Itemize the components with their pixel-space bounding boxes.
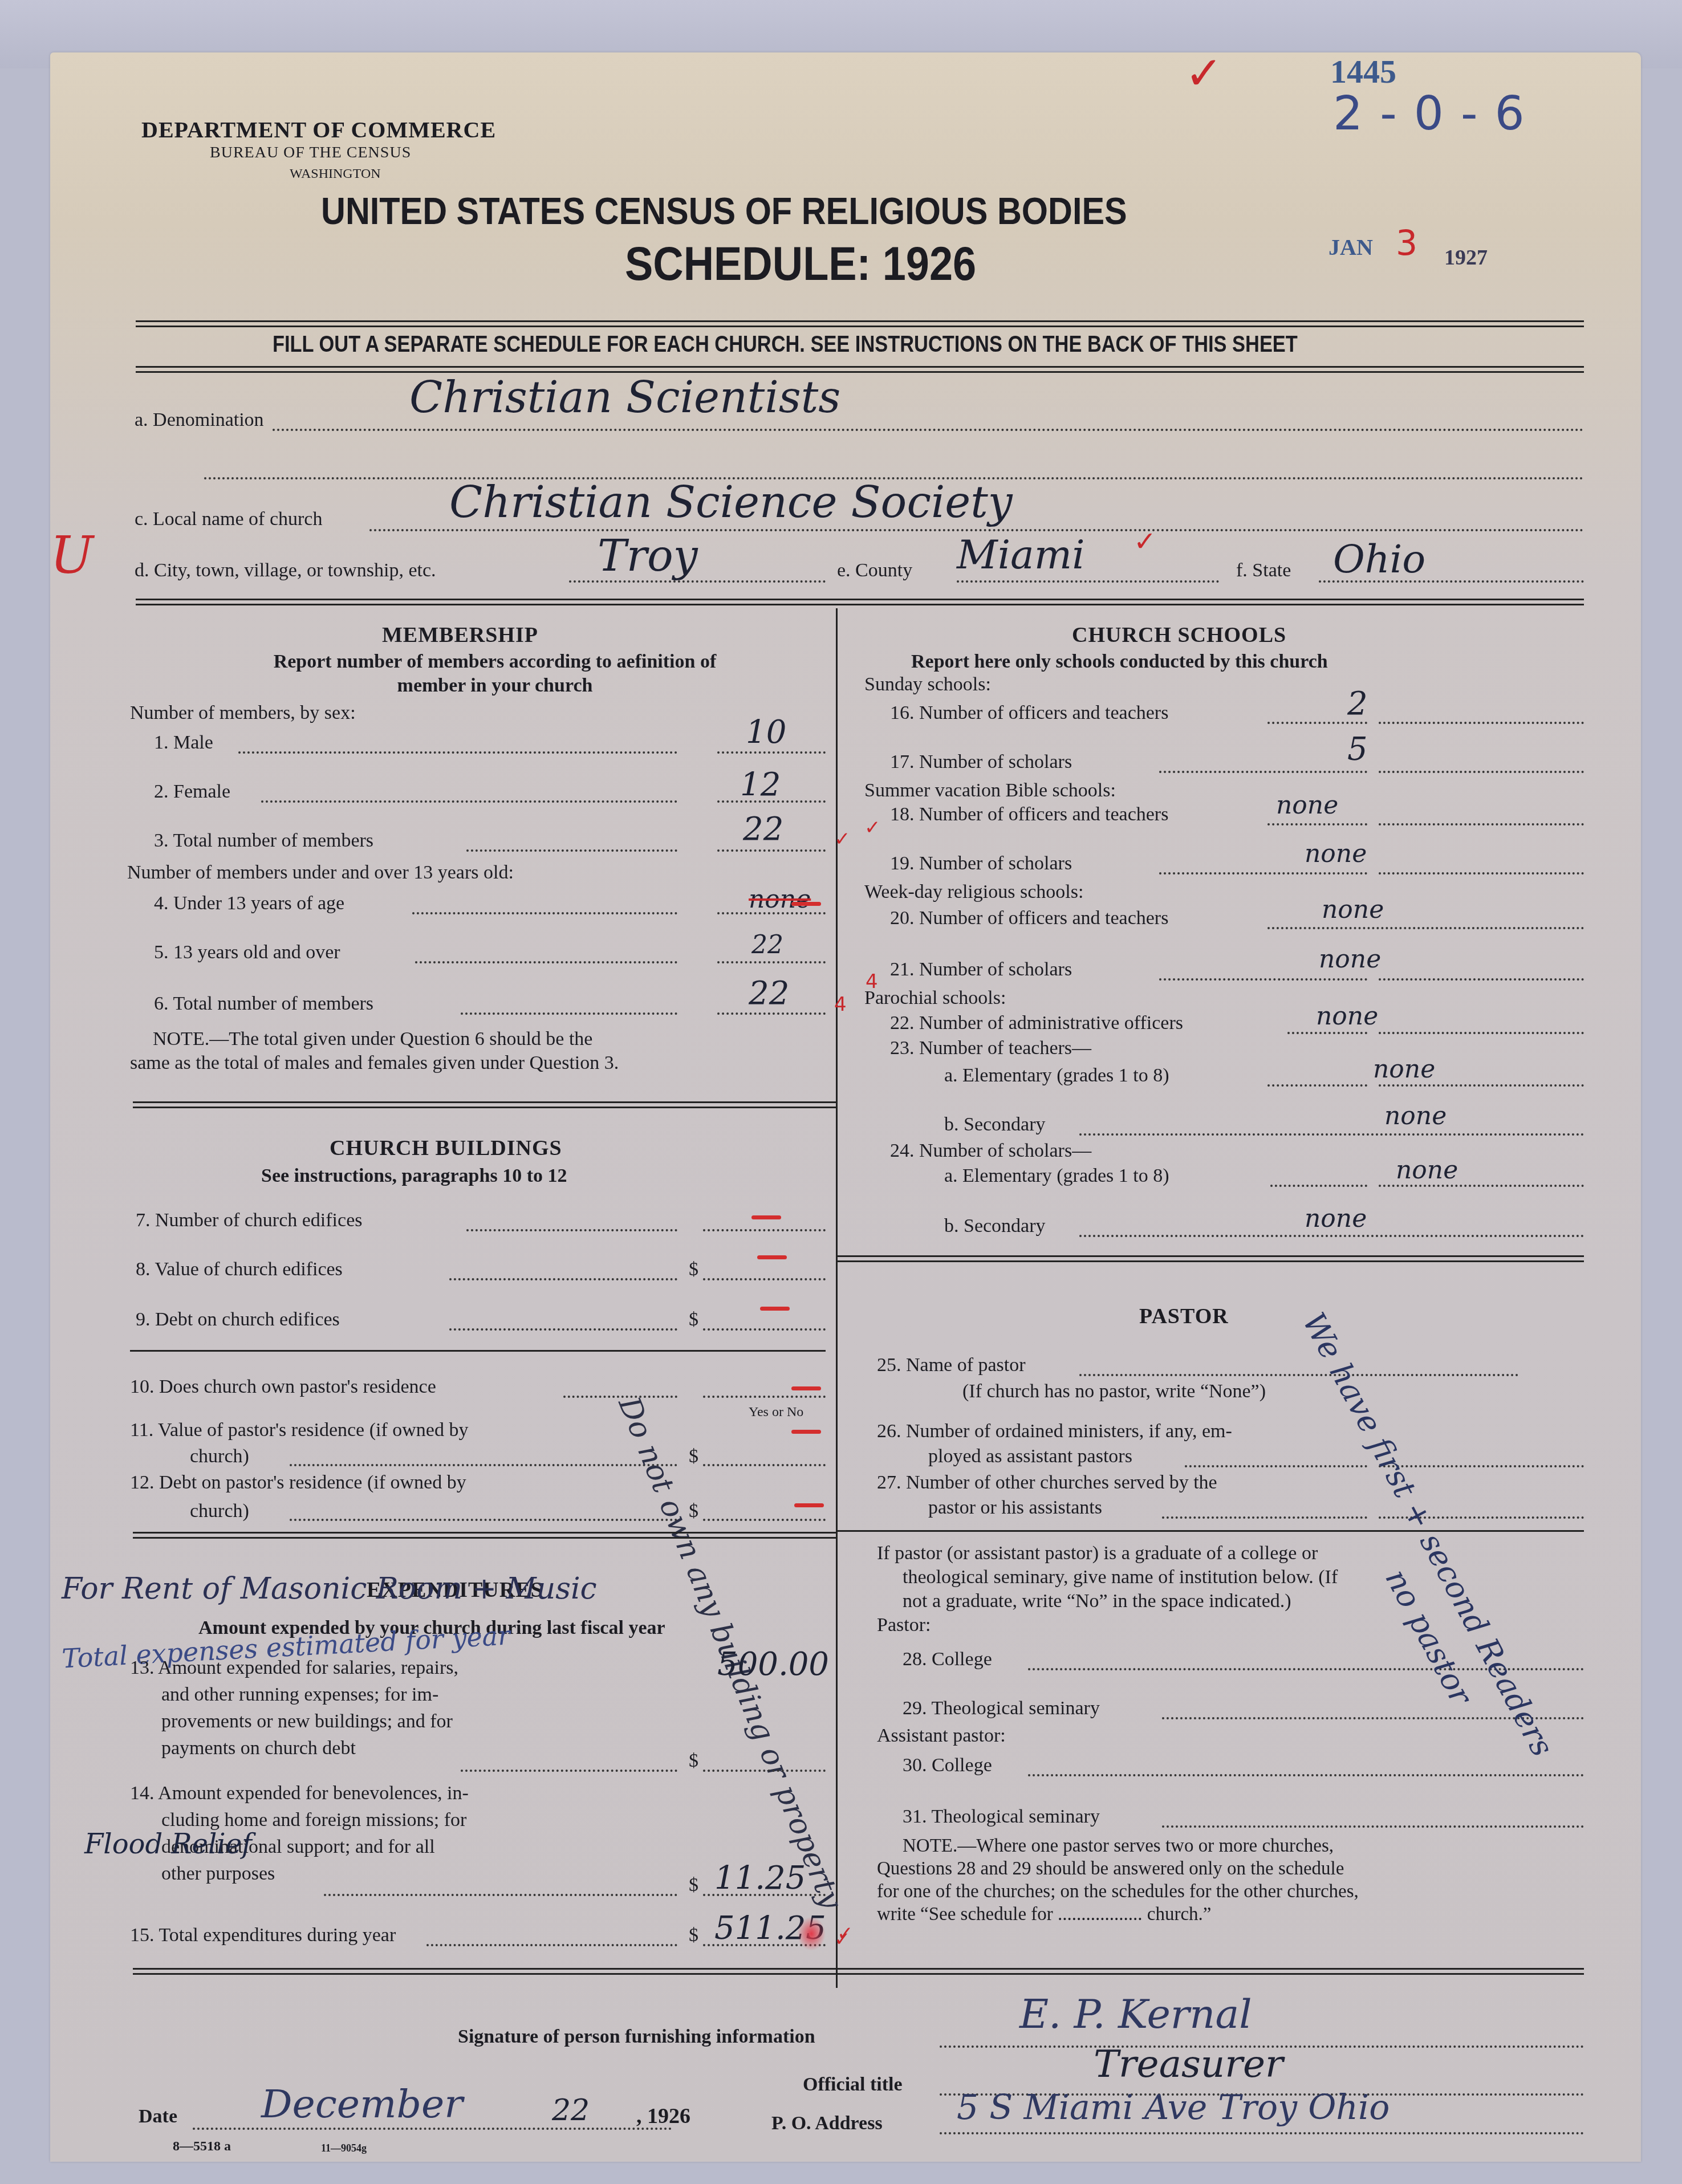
field-line [1162,1516,1367,1519]
census-schedule-form: 1445 2-0-6 ✓ DEPARTMENT OF COMMERCE BURE… [50,52,1641,2162]
field-line [466,1229,677,1231]
field-line [1159,978,1367,981]
red-dash [760,1307,790,1311]
q16-label: 16. Number of officers and teachers [890,702,1168,724]
red-dash [757,1255,787,1259]
official-title-label: Official title [803,2074,903,2096]
red-dash [791,1386,821,1390]
male-field-line [238,751,677,754]
q31-label: 31. Theological seminary [903,1806,1100,1828]
q17-label: 17. Number of scholars [890,751,1072,773]
q18-label: 18. Number of officers and teachers [890,804,1168,825]
q18-answer-line [1379,823,1584,825]
red-tick: ✓ [864,816,881,839]
field-line [1159,771,1367,773]
divider [130,1350,826,1352]
field-line [1287,1032,1367,1034]
local-name-label: c. Local name of church [135,509,322,530]
male-answer-line [717,751,826,754]
q21-answer-line [1379,978,1584,981]
divider [136,599,1584,605]
date-day-value[interactable]: 22 [552,2093,590,2128]
q24a-value[interactable]: none [1396,1156,1458,1185]
red-dash [791,1430,821,1434]
dollar-sign: $ [689,1309,698,1331]
field-line [1185,1465,1367,1467]
residence-value-label-2: church) [190,1446,249,1467]
form-code-1: 8—5518 a [173,2139,231,2154]
q23-label: 23. Number of teachers— [890,1038,1091,1059]
under-13-label: 4. Under 13 years of age [154,893,344,914]
instruction-banner: FILL OUT A SEPARATE SCHEDULE FOR EACH CH… [273,332,1298,357]
expenditure-13-value[interactable]: 500.00 [717,1646,829,1683]
q24b-answer-line [1079,1235,1584,1237]
received-stamp-day: 3 [1396,223,1417,263]
q30-label: 30. College [903,1755,992,1776]
q23a-answer-line [1379,1084,1584,1087]
q22-value[interactable]: none [1316,1002,1378,1031]
red-mark: 4 [834,993,847,1016]
over-13-answer-line [717,961,826,963]
church-edifices-debt-label: 9. Debt on church edifices [136,1309,340,1331]
q25-label: 25. Name of pastor [877,1355,1026,1376]
field-line [1270,1185,1367,1187]
q23b-label: b. Secondary [944,1114,1046,1136]
expenditure-14-handwritten-note: Flood Relief [84,1828,252,1860]
q28-label: 28. College [903,1649,992,1670]
received-stamp-year: 1927 [1444,245,1488,270]
red-dash [791,902,821,906]
pastor-name-answer-line[interactable] [1079,1374,1518,1376]
q24b-label: b. Secondary [944,1215,1046,1237]
city-label: d. City, town, village, or township, etc… [135,560,436,581]
q22-answer-line [1379,1032,1584,1034]
church-edifices-value-label: 8. Value of church edifices [136,1259,343,1280]
received-stamp-month: JAN [1328,234,1373,261]
owns-residence-answer-line[interactable] [703,1396,826,1398]
dollar-sign: $ [689,1750,698,1772]
pastor-heading: PASTOR [1139,1304,1229,1329]
summer-schools-label: Summer vacation Bible schools: [864,780,1116,802]
q29-label: 29. Theological seminary [903,1698,1100,1719]
city-value[interactable]: Troy [598,530,698,581]
po-address-value[interactable]: 5 S Miami Ave Troy Ohio [957,2088,1390,2128]
membership-heading: MEMBERSHIP [382,623,538,648]
q16-value[interactable]: 2 [1347,685,1368,722]
total-members-label: 3. Total number of members [154,830,373,852]
q19-value[interactable]: none [1305,839,1367,868]
residence-debt-answer-line[interactable] [703,1519,826,1521]
county-label: e. County [837,560,912,581]
total-members-answer-line [717,849,826,852]
expenditure-14-value[interactable]: 11.25 [714,1860,806,1897]
female-label: 2. Female [154,781,230,803]
date-month-value[interactable]: December [261,2082,463,2127]
under-13-value[interactable]: none [749,885,811,914]
assistant-pastor-label: Assistant pastor: [877,1725,1006,1747]
denomination-field-line [273,429,1584,431]
over-13-label: 5. 13 years old and over [154,942,340,963]
total-members-value[interactable]: 22 [743,811,783,848]
total-members-field-line [466,849,677,852]
male-value[interactable]: 10 [746,714,786,751]
q23b-answer-line [1079,1133,1584,1136]
pastor-note: NOTE.—Where one pastor serves two or mor… [877,1835,1584,1926]
dollar-sign: $ [689,1446,698,1467]
q20-value[interactable]: none [1322,895,1384,924]
over-13-field-line [415,961,677,963]
q24a-label: a. Elementary (grades 1 to 8) [944,1165,1169,1187]
state-value[interactable]: Ohio [1333,537,1425,582]
church-schools-subheading: Report here only schools conducted by th… [911,651,1328,673]
county-field-line [957,580,1219,583]
field-line [563,1396,677,1398]
red-checkmark: ✓ [1185,47,1223,100]
membership-subheading: Report number of members according to ae… [173,651,817,673]
expenditure-13-label: 13. Amount expended for salaries, repair… [130,1654,700,1762]
signature-value[interactable]: E. P. Kernal [1019,1991,1252,2037]
local-name-value[interactable]: Christian Science Society [449,477,1013,527]
po-address-answer-line [940,2132,1584,2134]
field-line [290,1464,677,1466]
church-edifices-count-answer-line[interactable] [703,1229,826,1231]
total-members-2-answer-line [717,1012,826,1015]
divider [136,320,1584,327]
total-members-2-label: 6. Total number of members [154,993,373,1015]
female-value[interactable]: 12 [740,766,781,803]
q22-label: 22. Number of administrative officers [890,1012,1183,1034]
expenditures-handwritten-note-1: For Rent of Masonic Room + Music [62,1572,597,1606]
q26-label: 26. Number of ordained ministers, if any… [877,1421,1232,1442]
dollar-sign: $ [689,1874,698,1896]
date-year: , 1926 [636,2104,690,2129]
q20-label: 20. Number of officers and teachers [890,908,1168,929]
field-line [449,1328,677,1331]
form-title: UNITED STATES CENSUS OF RELIGIOUS BODIES [321,189,1127,233]
membership-note: NOTE.—The total given under Question 6 s… [130,1027,837,1075]
membership-subheading-2: member in your church [173,675,817,697]
q17-answer-line [1379,771,1584,773]
members-by-age-label: Number of members under and over 13 year… [127,862,514,884]
church-edifices-debt-answer-line[interactable] [703,1328,826,1331]
pastor-label: Pastor: [877,1614,931,1636]
stamp-number: 1445 [1330,52,1396,91]
church-buildings-heading: CHURCH BUILDINGS [330,1136,562,1161]
parochial-schools-label: Parochial schools: [864,987,1006,1009]
divider [136,366,1584,373]
county-value[interactable]: Miami [957,531,1085,578]
q18-value[interactable]: none [1276,791,1338,820]
q19-label: 19. Number of scholars [890,853,1072,875]
q27-label: 27. Number of other churches served by t… [877,1472,1217,1494]
field-line [290,1519,677,1521]
over-13-value[interactable]: 22 [751,930,783,959]
church-schools-heading: CHURCH SCHOOLS [1072,623,1286,648]
church-edifices-count-label: 7. Number of church edifices [136,1210,362,1231]
margin-mark: U [50,526,94,585]
divider [837,1255,1584,1262]
red-ink-blot [797,1917,826,1951]
total-members-2-field-line [461,1012,677,1015]
county-checkmark: ✓ [1133,526,1156,558]
divider [133,1532,837,1539]
dollar-sign: $ [689,1925,698,1946]
q24a-answer-line [1379,1185,1584,1187]
field-line [426,1944,677,1946]
schedule-title: SCHEDULE: 1926 [625,236,976,291]
q27-label-2: pastor or his assistants [928,1497,1102,1519]
q23b-value[interactable]: none [1384,1101,1447,1130]
official-title-value[interactable]: Treasurer [1094,2042,1283,2086]
q19-answer-line [1379,872,1584,875]
weekday-schools-label: Week-day religious schools: [864,881,1083,903]
residence-debt-label: 12. Debt on pastor's residence (if owned… [130,1472,466,1494]
q16-answer-line [1379,722,1584,724]
q21-value[interactable]: none [1319,945,1381,974]
q23a-value[interactable]: none [1373,1055,1435,1084]
dollar-sign: $ [689,1259,698,1280]
file-code: 2-0-6 [1333,87,1542,141]
signature-label: Signature of person furnishing informati… [458,2026,815,2048]
total-members-2-value[interactable]: 22 [749,975,789,1012]
q25-hint: (If church has no pastor, write “None”) [962,1381,1266,1402]
po-address-label: P. O. Address [771,2113,883,2134]
date-answer-line [193,2128,672,2130]
female-field-line [261,800,677,803]
denomination-value[interactable]: Christian Scientists [409,372,840,422]
residence-debt-label-2: church) [190,1500,249,1522]
field-line [324,1894,677,1896]
church-edifices-value-answer-line[interactable] [703,1278,826,1280]
divider [133,1968,1584,1975]
yes-or-no-hint: Yes or No [749,1405,803,1420]
assistant-college-answer-line[interactable] [1028,1774,1584,1776]
q24-label: 24. Number of scholars— [890,1140,1091,1162]
divider [133,1101,837,1108]
divider [837,1530,1584,1532]
field-line [1267,1084,1367,1087]
assistant-seminary-answer-line[interactable] [1162,1825,1584,1828]
field-line [461,1770,677,1772]
red-tick: ✓ [837,1922,854,1945]
q20-answer-line [1267,927,1584,929]
residence-value-label: 11. Value of pastor's residence (if owne… [130,1420,468,1441]
denomination-label: a. Denomination [135,409,264,431]
state-label: f. State [1236,560,1291,581]
date-label: Date [139,2106,177,2128]
members-by-sex-label: Number of members, by sex: [130,702,356,724]
field-line [1267,823,1367,825]
under-13-field-line [412,912,677,914]
field-line [1159,872,1367,875]
q21-label: 21. Number of scholars [890,959,1072,981]
sunday-schools-label: Sunday schools: [864,674,991,696]
owns-residence-label: 10. Does church own pastor's residence [130,1376,436,1398]
red-tick: ✓ [834,828,851,851]
washington-heading: WASHINGTON [290,166,381,182]
red-dash [751,1215,781,1219]
church-buildings-subheading: See instructions, paragraphs 10 to 12 [261,1165,567,1187]
q23a-label: a. Elementary (grades 1 to 8) [944,1065,1169,1087]
expenditure-15-label: 15. Total expenditures during year [130,1925,396,1946]
department-heading: DEPARTMENT OF COMMERCE [141,116,496,143]
bureau-heading: BUREAU OF THE CENSUS [210,144,411,162]
form-code-2: 11—9054g [321,2142,367,2154]
q26-label-2: ployed as assistant pastors [928,1446,1132,1467]
q24b-value[interactable]: none [1305,1204,1367,1233]
expenditure-13-answer-line [703,1770,826,1772]
red-dash [794,1503,824,1507]
field-line [449,1278,677,1280]
q17-value[interactable]: 5 [1347,731,1368,768]
residence-value-answer-line[interactable] [703,1464,826,1466]
male-label: 1. Male [154,732,213,754]
column-divider [836,608,838,1988]
